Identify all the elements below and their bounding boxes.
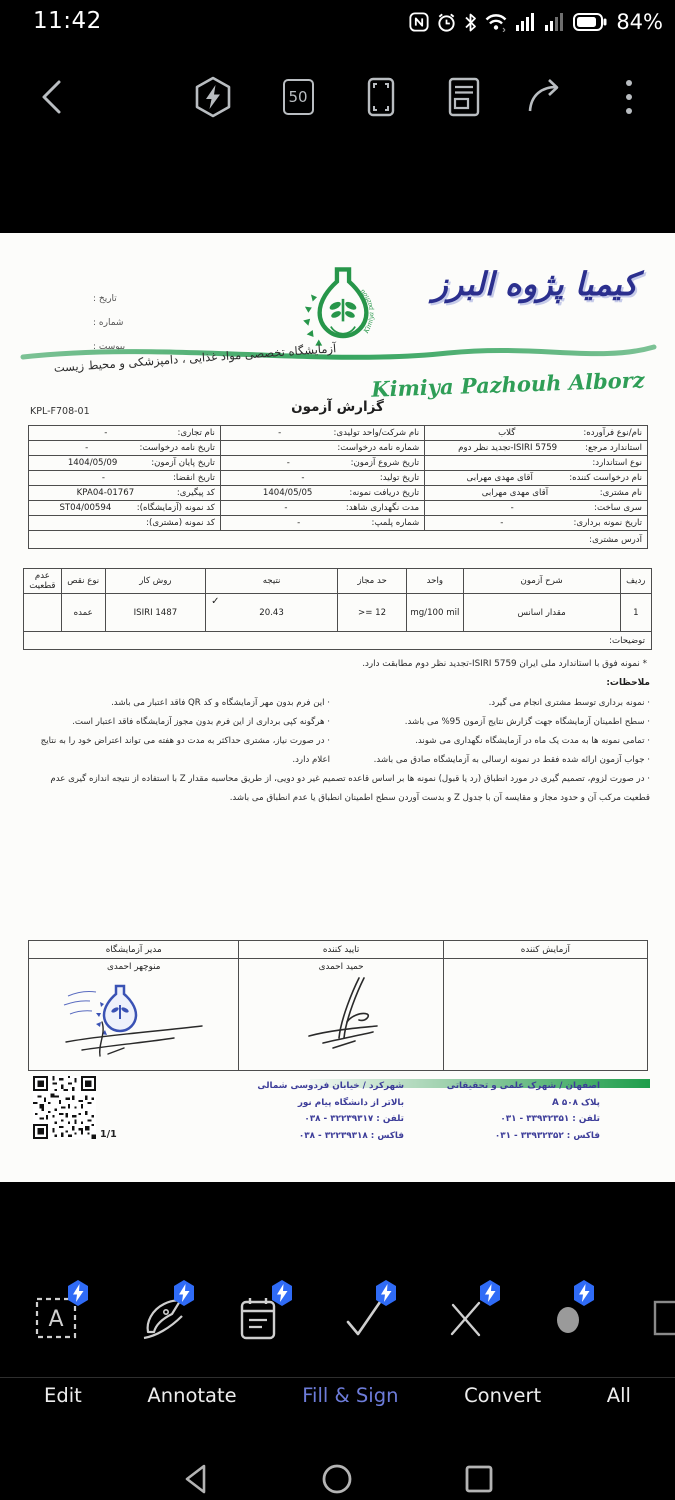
approver-name: حمید احمدی [239,962,442,972]
results-table: ردیف شرح آزمون واحد حد مجاز نتیجه روش کا… [23,568,652,650]
field-label: نام تجاری: [178,428,215,438]
address-label: آدرس مشتری: [589,535,642,545]
approver-cell: حمید احمدی [239,959,443,1071]
premium-badge-icon [68,1280,88,1310]
field-label: شماره نامه درخواست: [337,443,419,453]
nfc-icon [409,12,429,32]
remark-item: این فرم بدون مهر آزمایشگاه و کد QR فاقد … [25,694,330,713]
field-label: نام/نوع فرآورده: [583,428,642,438]
premium-badge-icon [376,1280,396,1310]
field-label: شماره پلمپ: [371,518,419,528]
tab-convert[interactable]: Convert [464,1384,541,1407]
field-value: - [430,518,573,528]
field-value: - [34,443,139,453]
field-label: کد نمونه (آزمایشگاه): [137,503,215,513]
field-label: نام مشتری: [600,488,642,498]
result-value-cell: ✓20.43 [206,594,338,632]
field-label: تاریخ نامه درخواست: [139,443,214,453]
remarks-full-width: جواب آزمون ارائه شده فقط در نمونه ارسالی… [28,751,650,808]
result-unit: mg/100 mil [407,594,464,632]
result-value: 20.43 [259,608,284,618]
signal2-icon [544,12,566,32]
col-header: مدیر آزمایشگاه [29,941,239,959]
field-label: نام شرکت/واحد تولیدی: [333,428,419,438]
col-header: روش کار [105,569,205,594]
result-no: 1 [620,594,651,632]
result-test: مقدار اسانس [463,594,620,632]
dot-icon[interactable] [550,1296,596,1346]
result-defect: عمده [61,594,105,632]
bluetooth-icon [464,12,477,33]
clock: 11:42 [33,8,102,34]
qr-code [33,1076,96,1143]
checkmark-icon[interactable] [342,1296,388,1346]
remark-item: سطح اطمینان آزمایشگاه جهت گزارش نتایج آز… [328,713,650,732]
remark-item: هرگونه کپی برداری از این فرم بدون مجوز آ… [25,713,330,732]
tab-annotate[interactable]: Annotate [147,1384,236,1407]
field-value: 1404/05/05 [226,488,349,498]
field-label: نوع استاندارد: [592,458,642,468]
manager-cell: منوچهر احمدی [29,959,239,1071]
manager-stamp-signature [54,972,214,1058]
table-row: آدرس مشتری: [29,531,648,549]
field-value: - [34,473,173,483]
premium-badge-icon [574,1280,594,1310]
field-value: - [226,518,372,528]
tab-edit[interactable]: Edit [44,1384,82,1407]
page-50-icon[interactable]: 50 [277,76,319,118]
field-value: ISIRI 5759-تجدید نظر دوم [430,443,585,453]
field-label: تاریخ تولید: [380,473,419,483]
address-line: تلفن : ۳۲۲۳۹۳۱۷ - ۰۳۸ [254,1111,404,1128]
flash-hexagon-icon[interactable] [192,76,234,118]
signature-pen-icon[interactable] [140,1296,186,1346]
document-page: تاریخ : شماره : پیوست : [0,233,675,1182]
notes-row: توضیحات: [24,632,652,650]
share-icon[interactable] [524,76,566,118]
date-stamp-icon[interactable] [238,1296,284,1346]
col-header: عدم قطعیت [24,569,62,594]
field-label: استاندارد مرجع: [585,443,642,453]
field-value: KPA04-01767 [34,488,177,498]
toolbar-divider [0,1377,675,1378]
cross-icon[interactable] [446,1296,492,1346]
overflow-menu-icon[interactable] [608,76,650,118]
table-row: تاریخ نمونه برداری:- شماره پلمپ:- کد نمو… [29,516,648,531]
results-header-row: ردیف شرح آزمون واحد حد مجاز نتیجه روش کا… [24,569,652,594]
alarm-icon [436,12,457,33]
field-value: ST04/00594 [34,503,137,513]
field-value: - [226,473,380,483]
signature-header-row: آزمایش کننده تایید کننده مدیر آزمایشگاه [29,941,648,959]
result-uncertainty [24,594,62,632]
field-value: 1404/05/09 [34,458,151,468]
brand-name-farsi: کیمیا پژوه البرز [411,265,659,303]
check-icon: ✓ [211,596,219,607]
approver-signature [281,972,401,1056]
status-icons: 84% [409,10,663,34]
field-value: گلاب [430,428,583,438]
tab-all[interactable]: All [607,1384,631,1407]
address-line: تلفن : ۳۳۹۳۲۳۵۱ - ۰۳۱ [445,1111,600,1128]
signal-icon [515,12,537,32]
address-line: پلاک ۵۰۸ A [445,1095,600,1112]
nav-back-icon[interactable] [172,1456,218,1500]
address-line: اصفهان / شهرک علمی و تحقیقاتی [445,1078,600,1095]
rectangle-icon[interactable] [652,1296,675,1346]
page-50-label: 50 [283,79,314,115]
field-value: - [226,458,351,468]
manager-name: منوچهر احمدی [29,962,238,972]
meta-number-label: شماره : [93,311,125,335]
nav-home-icon[interactable] [314,1456,360,1500]
field-value: آقای مهدی مهرابی [430,473,569,483]
col-header: ردیف [620,569,651,594]
back-icon[interactable] [30,76,72,118]
sample-info-table: نام/نوع فرآورده:گلاب نام شرکت/واحد تولید… [28,425,648,549]
col-header: آزمایش کننده [443,941,647,959]
field-value: - [430,503,594,513]
remark-item: جواب آزمون ارائه شده فقط در نمونه ارسالی… [28,751,650,770]
nav-recents-icon[interactable] [456,1456,502,1500]
battery-percent: 84% [616,10,663,34]
address-line: شهرکرد / خیابان فردوسی شمالی [254,1078,404,1095]
field-label: تاریخ دریافت نمونه: [349,488,419,498]
col-header: حد مجاز [338,569,407,594]
remark-item: تمامی نمونه ها به مدت یک ماه در آزمایشگا… [328,732,650,751]
table-row: نوع استاندارد: تاریخ شروع آزمون:- تاریخ … [29,456,648,471]
tab-fill-sign[interactable]: Fill & Sign [302,1384,398,1407]
document-title: گزارش آزمون [0,399,675,415]
field-label: مدت نگهداری شاهد: [346,503,419,513]
address-line: فاکس : ۳۲۲۳۹۳۱۸ - ۰۳۸ [254,1128,404,1145]
field-value: - [34,428,178,438]
field-label: تاریخ پایان آزمون: [151,458,215,468]
table-row: نام مشتری:آقای مهدی مهرابی تاریخ دریافت … [29,486,648,501]
signature-body-row: حمید احمدی منوچهر احمدی [29,959,648,1071]
notes-label: توضیحات: [24,632,652,650]
fit-page-icon[interactable] [360,76,402,118]
reader-view-icon[interactable] [443,76,485,118]
premium-badge-icon [174,1280,194,1310]
address-line: بالاتر از دانشگاه پیام نور [254,1095,404,1112]
field-label: نام درخواست کننده: [569,473,642,483]
result-row: 1 مقدار اسانس mg/100 mil >= 12 ✓20.43 IS… [24,594,652,632]
field-label: تاریخ شروع آزمون: [351,458,420,468]
table-row: سری ساخت:- مدت نگهداری شاهد:- کد نمونه (… [29,501,648,516]
field-label: تاریخ نمونه برداری: [574,518,642,528]
remarks-title: ملاحظات: [606,678,650,688]
table-row: نام درخواست کننده:آقای مهدی مهرابی تاریخ… [29,471,648,486]
remark-item: نمونه برداری توسط مشتری انجام می گیرد. [328,694,650,713]
page-indicator: 1/1 [100,1129,117,1140]
field-value: - [226,428,334,438]
table-row: نام/نوع فرآورده:گلاب نام شرکت/واحد تولید… [29,426,648,441]
col-header: نوع نقص [61,569,105,594]
col-header: نتیجه [206,569,338,594]
col-header: واحد [407,569,464,594]
address-line: فاکس : ۳۳۹۳۲۳۵۲ - ۰۳۱ [445,1128,600,1145]
result-method: ISIRI 1487 [105,594,205,632]
wifi-icon [484,12,508,32]
address-isfahan: اصفهان / شهرک علمی و تحقیقاتی پلاک ۵۰۸ A… [445,1078,600,1144]
result-limit: >= 12 [338,594,407,632]
meta-date-label: تاریخ : [93,287,125,311]
field-label: کد نمونه (مشتری): [146,518,215,528]
conformity-note: * نمونه فوق با استاندارد ملی ایران ISIRI… [362,659,647,669]
field-value: - [226,503,346,513]
field-label: سری ساخت: [594,503,642,513]
premium-badge-icon [480,1280,500,1310]
table-row: استاندارد مرجع:ISIRI 5759-تجدید نظر دوم … [29,441,648,456]
signature-table: آزمایش کننده تایید کننده مدیر آزمایشگاه … [28,940,648,1071]
field-label: تاریخ انقضا: [173,473,215,483]
bottom-tab-bar: Edit Annotate Fill & Sign Convert All [0,1384,675,1407]
remark-item: در صورت لزوم، تصمیم گیری در مورد انطباق … [28,770,650,808]
textbox-icon[interactable]: A [34,1296,80,1346]
battery-icon [573,13,607,31]
tester-cell [443,959,647,1071]
field-value: آقای مهدی مهرابی [430,488,600,498]
phone-screen: 11:42 84% 50 تاریخ : شماره : پیوست : [0,0,675,1500]
col-header: شرح آزمون [463,569,620,594]
premium-badge-icon [272,1280,292,1310]
col-header: تایید کننده [239,941,443,959]
textbox-glyph: A [48,1307,63,1332]
address-shahrekord: شهرکرد / خیابان فردوسی شمالی بالاتر از د… [254,1078,404,1144]
field-label: کد پیگیری: [177,488,215,498]
remarks-right-column: نمونه برداری توسط مشتری انجام می گیرد. س… [328,694,650,751]
